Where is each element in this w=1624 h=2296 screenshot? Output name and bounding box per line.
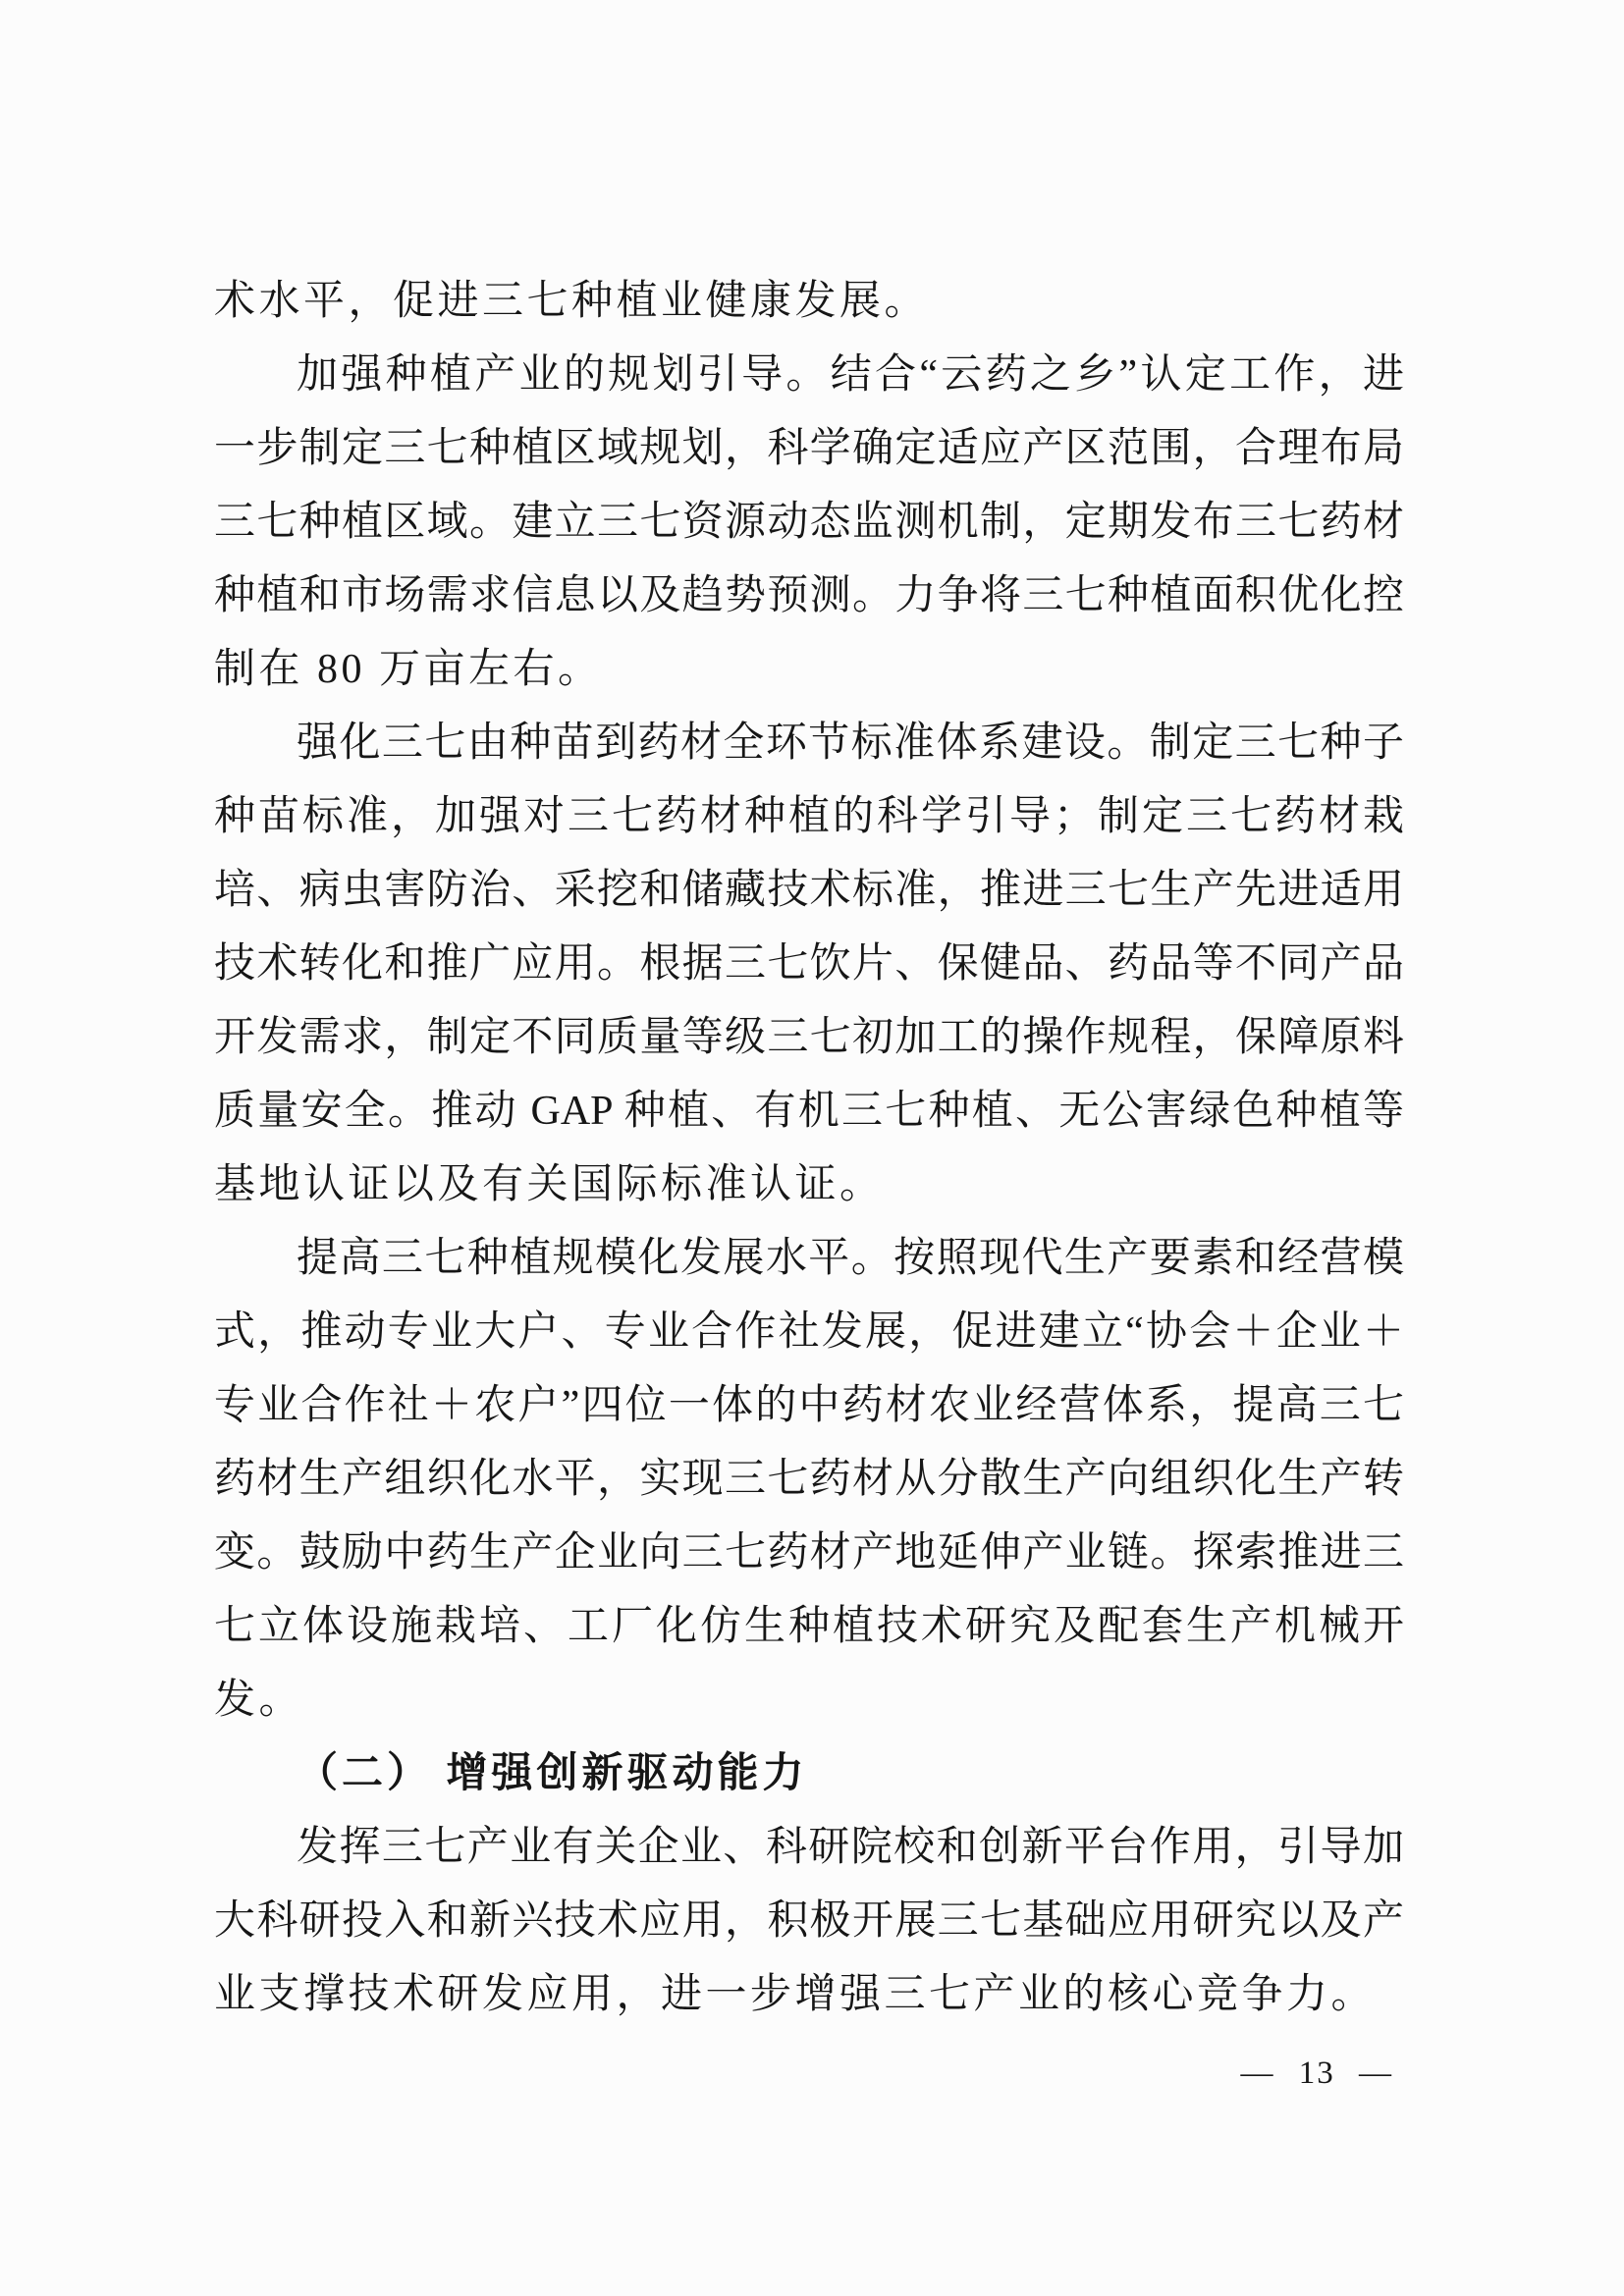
text-line: 种植和市场需求信息以及趋势预测。力争将三七种植面积优化控 [214,560,1404,633]
text-line: 一步制定三七种植区域规划，科学确定适应产区范围，合理布局 [214,412,1404,486]
text-line: 质量安全。推动 GAP 种植、有机三七种植、无公害绿色种植等 [214,1075,1404,1148]
text-line: 三七种植区域。建立三七资源动态监测机制，定期发布三七药材 [214,486,1404,560]
text-line: 基地认证以及有关国际标准认证。 [214,1148,1404,1222]
text-line: 加强种植产业的规划引导。结合“云药之乡”认定工作，进 [214,339,1404,412]
text-line: 发。 [214,1664,1404,1737]
text-line: 术水平，促进三七种植业健康发展。 [214,265,1404,339]
text-line: 业支撑技术研发应用，进一步增强三七产业的核心竞争力。 [214,1958,1404,2032]
page-footer: — 13 — [1241,2050,1394,2097]
section-heading: （二） 增强创新驱动能力 [214,1737,1404,1811]
text-line: 药材生产组织化水平，实现三七药材从分散生产向组织化生产转 [214,1443,1404,1517]
text-line: 七立体设施栽培、工厂化仿生种植技术研究及配套生产机械开 [214,1590,1404,1664]
text-line: 专业合作社＋农户”四位一体的中药材农业经营体系，提高三七 [214,1369,1404,1443]
text-line: 制在 80 万亩左右。 [214,633,1404,707]
text-line: 种苗标准，加强对三七药材种植的科学引导；制定三七药材栽 [214,780,1404,854]
text-line: 变。鼓励中药生产企业向三七药材产地延伸产业链。探索推进三 [214,1517,1404,1590]
document-page: 术水平，促进三七种植业健康发展。加强种植产业的规划引导。结合“云药之乡”认定工作… [0,0,1624,2296]
text-line: 提高三七种植规模化发展水平。按照现代生产要素和经营模 [214,1222,1404,1296]
body-text: 术水平，促进三七种植业健康发展。加强种植产业的规划引导。结合“云药之乡”认定工作… [214,265,1404,2032]
text-line: 强化三七由种苗到药材全环节标准体系建设。制定三七种子 [214,707,1404,780]
text-line: 技术转化和推广应用。根据三七饮片、保健品、药品等不同产品 [214,928,1404,1001]
page-number: — 13 — [1241,2056,1394,2091]
text-line: 开发需求，制定不同质量等级三七初加工的操作规程，保障原料 [214,1001,1404,1075]
text-line: 培、病虫害防治、采挖和储藏技术标准，推进三七生产先进适用 [214,854,1404,928]
text-line: 大科研投入和新兴技术应用，积极开展三七基础应用研究以及产 [214,1885,1404,1958]
text-line: 式，推动专业大户、专业合作社发展，促进建立“协会＋企业＋ [214,1296,1404,1369]
text-line: 发挥三七产业有关企业、科研院校和创新平台作用，引导加 [214,1811,1404,1885]
